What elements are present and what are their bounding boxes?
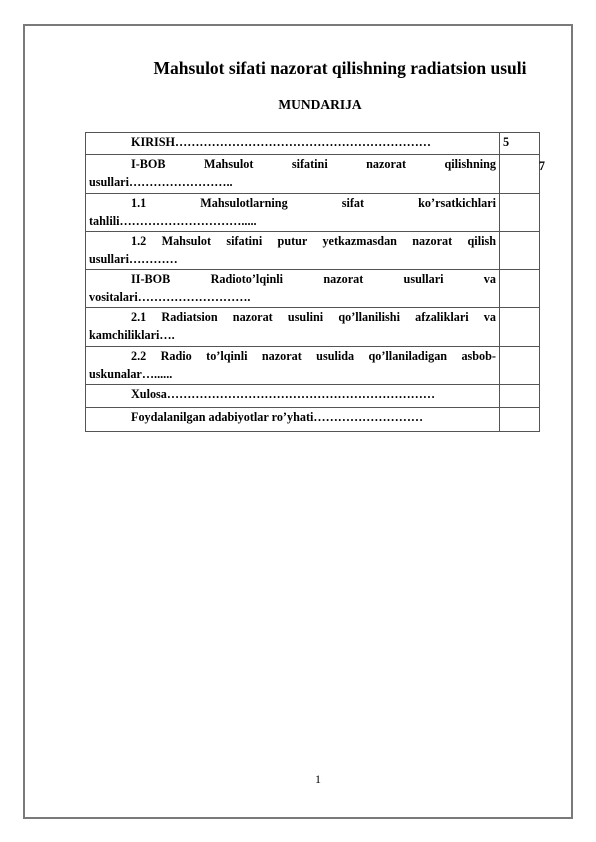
- toc-page-number: [500, 385, 540, 408]
- toc-page-number: 7: [500, 155, 540, 194]
- toc-heading: MUNDARIJA: [0, 97, 596, 113]
- toc-row: II-BOB Radioto’lqinli nazorat usullari v…: [86, 270, 540, 308]
- toc-entry[interactable]: KIRISH………………………………………………………: [86, 133, 500, 155]
- toc-page-number: [500, 270, 540, 308]
- toc-page-number: [500, 347, 540, 385]
- toc-row: 1.1 Mahsulotlarning sifat ko’rsatkichlar…: [86, 194, 540, 232]
- toc-page-number: [500, 408, 540, 432]
- table-of-contents: KIRISH……………………………………………………… 5 I-BOB Mahs…: [85, 132, 540, 432]
- page-number: 1: [0, 772, 596, 787]
- toc-page-number: [500, 232, 540, 270]
- toc-entry[interactable]: 2.2 Radio to’lqinli nazorat usulida qo’l…: [86, 347, 500, 385]
- toc-row: KIRISH……………………………………………………… 5: [86, 133, 540, 155]
- document-title: Mahsulot sifati nazorat qilishning radia…: [0, 58, 596, 79]
- toc-row: 2.2 Radio to’lqinli nazorat usulida qo’l…: [86, 347, 540, 385]
- toc-page-number: [500, 308, 540, 347]
- toc-row: I-BOB Mahsulot sifatini nazorat qilishni…: [86, 155, 540, 194]
- toc-entry[interactable]: 1.1 Mahsulotlarning sifat ko’rsatkichlar…: [86, 194, 500, 232]
- toc-row: Xulosa…………………………………………………………: [86, 385, 540, 408]
- toc-entry[interactable]: I-BOB Mahsulot sifatini nazorat qilishni…: [86, 155, 500, 194]
- toc-row: 1.2 Mahsulot sifatini putur yetkazmasdan…: [86, 232, 540, 270]
- toc-entry[interactable]: Foydalanilgan adabiyotlar ro’yhati…………………: [86, 408, 500, 432]
- toc-entry[interactable]: 1.2 Mahsulot sifatini putur yetkazmasdan…: [86, 232, 500, 270]
- toc-row: 2.1 Radiatsion nazorat usulini qo’llanil…: [86, 308, 540, 347]
- toc-page-number: [500, 194, 540, 232]
- toc-entry[interactable]: II-BOB Radioto’lqinli nazorat usullari v…: [86, 270, 500, 308]
- toc-entry[interactable]: Xulosa…………………………………………………………: [86, 385, 500, 408]
- toc-entry[interactable]: 2.1 Radiatsion nazorat usulini qo’llanil…: [86, 308, 500, 347]
- toc-row: Foydalanilgan adabiyotlar ro’yhati…………………: [86, 408, 540, 432]
- toc-page-number: 5: [500, 133, 540, 155]
